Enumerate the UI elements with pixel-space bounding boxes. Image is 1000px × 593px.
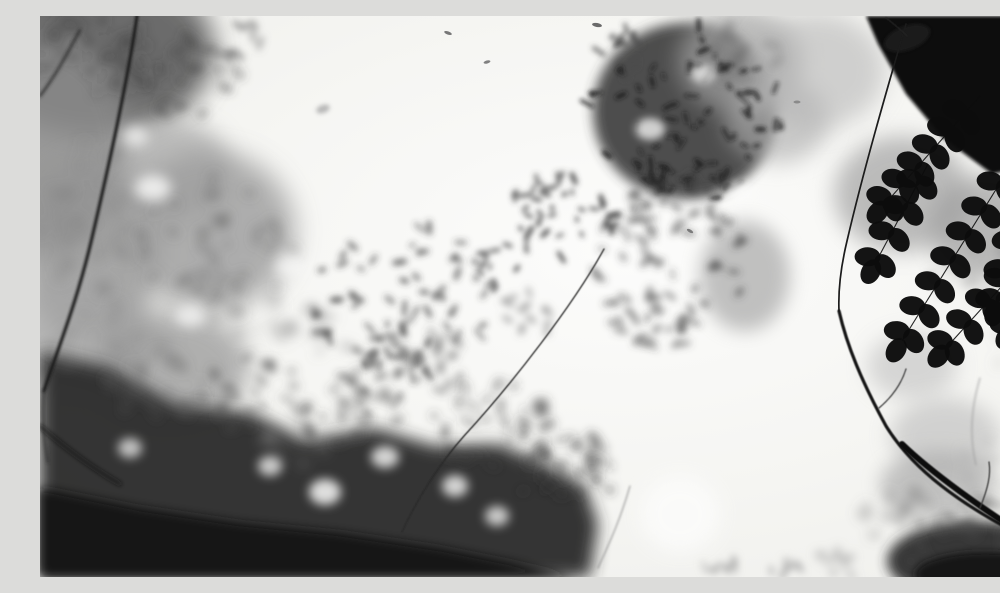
bokeh-hole [309,479,341,505]
bokeh-hole [485,506,509,526]
sky-speck [794,101,801,104]
bokeh-hole [691,65,715,83]
bokeh-hole [175,305,205,327]
bokeh-wash [700,221,790,331]
canopy-photograph [40,16,1000,577]
bokeh-hole [275,255,305,277]
bokeh-hole [258,456,282,476]
bokeh-hole [442,475,468,497]
canopy-svg [40,16,1000,577]
bokeh-hole [727,182,753,202]
bokeh-hole [118,438,142,458]
bokeh-hole [122,126,148,146]
foliage-wash-mid-canopy [125,151,295,311]
bokeh-hole [371,446,399,468]
bokeh-hole [135,175,171,201]
bokeh-hole [640,476,720,552]
bokeh-wash [749,16,885,129]
bokeh-hole [635,118,665,140]
